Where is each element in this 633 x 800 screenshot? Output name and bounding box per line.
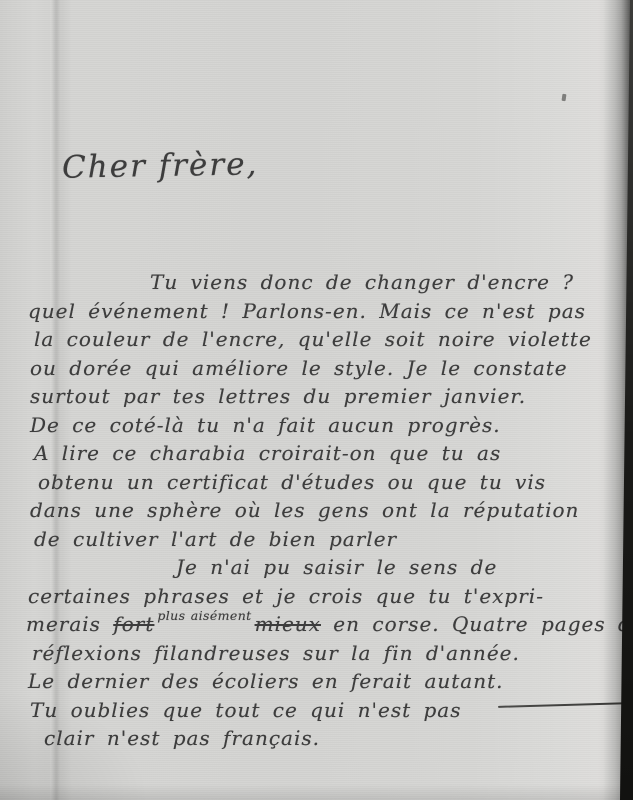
- handwritten-line: réflexions filandreuses sur la fin d'ann…: [26, 639, 626, 668]
- handwritten-line: dans une sphère où les gens ont la réput…: [26, 496, 626, 525]
- line-text: Tu viens donc de changer d'encre ?: [150, 270, 574, 294]
- bottom-edge-shadow: [0, 784, 633, 800]
- line-text: surtout par tes lettres du premier janvi…: [30, 384, 526, 408]
- line-text: ou dorée qui améliore le style. Je le co…: [30, 356, 568, 380]
- handwritten-line: Tu viens donc de changer d'encre ?: [26, 268, 626, 297]
- line-text: en corse. Quatre pages de: [321, 612, 633, 636]
- inserted-correction: plus aisément: [157, 602, 251, 631]
- ink-speck: [562, 94, 567, 101]
- line-text: de cultiver l'art de bien parler: [34, 527, 397, 551]
- handwritten-line: De ce coté-là tu n'a fait aucun progrès.: [26, 411, 626, 440]
- handwritten-line: Je n'ai pu saisir le sens de: [26, 553, 626, 582]
- struck-word: mieux: [255, 612, 321, 636]
- handwritten-line: la couleur de l'encre, qu'elle soit noir…: [26, 325, 626, 354]
- handwritten-line: ou dorée qui améliore le style. Je le co…: [26, 354, 626, 383]
- letter-salutation: Cher frère,: [62, 146, 259, 185]
- line-text: dans une sphère où les gens ont la réput…: [30, 498, 579, 522]
- line-text: A lire ce charabia croirait-on que tu as: [34, 441, 501, 465]
- line-text: la couleur de l'encre, qu'elle soit noir…: [34, 327, 592, 351]
- scanned-letter-page: Cher frère, Tu viens donc de changer d'e…: [0, 0, 633, 800]
- handwritten-line: obtenu un certificat d'études ou que tu …: [26, 468, 626, 497]
- handwritten-line: merais fortplus aisémentmieux en corse. …: [26, 610, 626, 639]
- handwritten-line: de cultiver l'art de bien parler: [26, 525, 626, 554]
- line-text: réflexions filandreuses sur la fin d'ann…: [32, 641, 520, 665]
- handwritten-line: A lire ce charabia croirait-on que tu as: [26, 439, 626, 468]
- line-text: quel événement ! Parlons-en. Mais ce n'e…: [28, 299, 586, 323]
- line-text: obtenu un certificat d'études ou que tu …: [38, 470, 546, 494]
- letter-body: Tu viens donc de changer d'encre ?quel é…: [26, 268, 626, 753]
- handwritten-line: surtout par tes lettres du premier janvi…: [26, 382, 626, 411]
- line-text: certaines phrases et je crois que tu t'e…: [28, 584, 544, 608]
- handwritten-line: quel événement ! Parlons-en. Mais ce n'e…: [26, 297, 626, 326]
- handwritten-line: certaines phrases et je crois que tu t'e…: [26, 582, 626, 611]
- line-text: merais: [26, 612, 113, 636]
- line-text: Je n'ai pu saisir le sens de: [176, 555, 497, 579]
- line-text: De ce coté-là tu n'a fait aucun progrès.: [30, 413, 501, 437]
- struck-word: fort: [113, 612, 154, 636]
